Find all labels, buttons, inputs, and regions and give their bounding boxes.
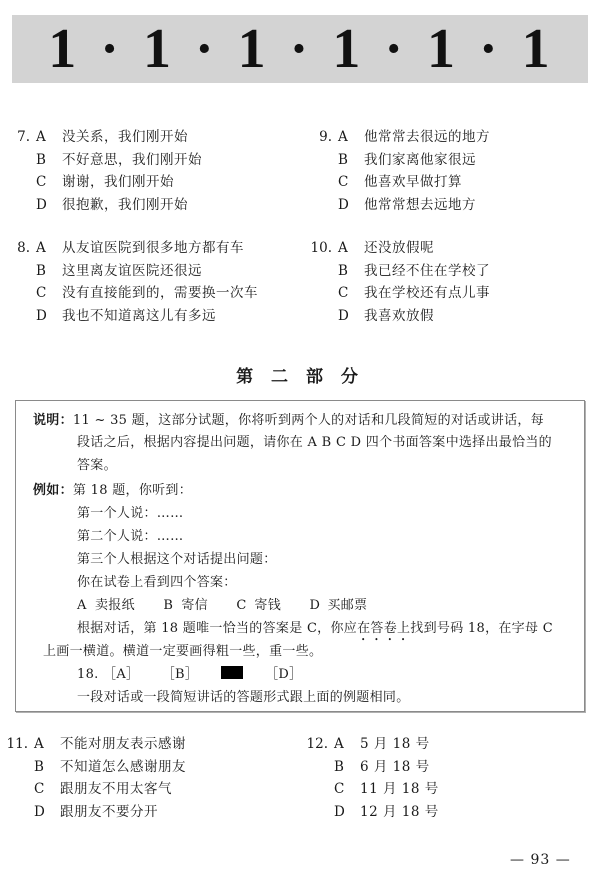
option-text: 5 月 18 号 bbox=[360, 733, 430, 756]
instructions-line-3: 答案。 bbox=[77, 455, 117, 477]
option-letter: C bbox=[236, 595, 254, 617]
question-number: 9. bbox=[310, 126, 338, 149]
example-line-5: 你在试卷上看到四个答案： bbox=[77, 572, 237, 594]
option-letter: D bbox=[338, 194, 364, 217]
option-letter: C bbox=[334, 778, 360, 801]
answer-number: 18. bbox=[77, 667, 99, 682]
question-number: 11. bbox=[6, 733, 34, 756]
page-number: — 93 — bbox=[510, 852, 571, 868]
option-text: 跟朋友不用太客气 bbox=[60, 778, 172, 801]
option-text: 还没放假呢 bbox=[364, 237, 434, 260]
option-text: 6 月 18 号 bbox=[360, 756, 430, 779]
example-note: 一段对话或一段简短讲话的答题形式跟上面的例题相同。 bbox=[77, 687, 410, 709]
option-text: 12 月 18 号 bbox=[360, 801, 439, 824]
option-letter: D bbox=[34, 801, 60, 824]
explanation-text: 找到号码 18，在字母 C bbox=[410, 621, 553, 636]
option-letter: C bbox=[338, 282, 364, 305]
option-letter: A bbox=[77, 595, 95, 617]
question-number: 7. bbox=[8, 126, 36, 149]
banner-text: 1 · 1 · 1 · 1 · 1 · 1 bbox=[48, 17, 551, 81]
option-letter: A bbox=[334, 733, 360, 756]
option-text: 我在学校还有点儿事 bbox=[364, 282, 490, 305]
option-text: 他喜欢早做打算 bbox=[364, 171, 462, 194]
option-letter: A bbox=[338, 126, 364, 149]
instructions-label: 说明： bbox=[33, 413, 73, 428]
option-letter: A bbox=[36, 126, 62, 149]
option-text: 他常常去很远的地方 bbox=[364, 126, 490, 149]
option-text: 11 月 18 号 bbox=[360, 778, 439, 801]
option-text: 不好意思，我们刚开始 bbox=[62, 149, 202, 172]
example-line-4: 第三个人根据这个对话提出问题： bbox=[77, 549, 277, 571]
option-text: 我喜欢放假 bbox=[364, 305, 434, 328]
option-letter: B bbox=[338, 149, 364, 172]
answer-bubble-a: ［A］ bbox=[103, 664, 139, 686]
instructions-line-2: 段话之后，根据内容提出问题，请你在 A B C D 四个书面答案中选择出最恰当的 bbox=[77, 432, 552, 454]
question-12: 12.A5 月 18 号 0.B6 月 18 号 0.C11 月 18 号 0.… bbox=[306, 733, 439, 823]
option-text: 很抱歉，我们刚开始 bbox=[62, 194, 188, 217]
option-letter: B bbox=[34, 756, 60, 779]
option-text: 卖报纸 bbox=[95, 598, 135, 613]
answer-bubble-c-filled bbox=[221, 666, 243, 679]
example-line-1: 第 18 题，你听到： bbox=[73, 483, 192, 498]
option-letter: B bbox=[334, 756, 360, 779]
example-line-3: 第二个人说：…… bbox=[77, 526, 183, 548]
option-text: 谢谢，我们刚开始 bbox=[62, 171, 174, 194]
option-letter: A bbox=[36, 237, 62, 260]
option-letter: D bbox=[309, 595, 327, 617]
example-options: A卖报纸 B寄信 C寄钱 D买邮票 bbox=[77, 595, 391, 617]
option-text: 他常常想去远地方 bbox=[364, 194, 476, 217]
option-letter: D bbox=[36, 194, 62, 217]
instructions-box: 说明：11 ~ 35 题，这部分试题，你将听到两个人的对话和几段简短的对话或讲话… bbox=[15, 400, 585, 712]
option-text: 买邮票 bbox=[327, 598, 367, 613]
example-label: 例如： bbox=[33, 483, 73, 498]
option-text: 不能对朋友表示感谢 bbox=[60, 733, 186, 756]
option-text: 我也不知道离这儿有多远 bbox=[62, 305, 216, 328]
option-letter: C bbox=[36, 282, 62, 305]
option-text: 我已经不住在学校了 bbox=[364, 260, 490, 283]
option-text: 寄信 bbox=[181, 598, 208, 613]
option-text: 这里离友谊医院还很远 bbox=[62, 260, 202, 283]
option-letter: C bbox=[338, 171, 364, 194]
option-letter: A bbox=[338, 237, 364, 260]
emphasized-text: 在答卷上 bbox=[357, 621, 410, 636]
option-letter: A bbox=[34, 733, 60, 756]
option-text: 寄钱 bbox=[254, 598, 281, 613]
option-letter: B bbox=[36, 260, 62, 283]
answer-sheet-sample: 18. ［A］ ［B］ ［D］ bbox=[77, 664, 320, 686]
option-text: 跟朋友不要分开 bbox=[60, 801, 158, 824]
example-line-2: 第一个人说：…… bbox=[77, 503, 183, 525]
option-letter: D bbox=[36, 305, 62, 328]
page-banner: 1 · 1 · 1 · 1 · 1 · 1 bbox=[12, 15, 588, 83]
option-text: 我们家离他家很远 bbox=[364, 149, 476, 172]
question-9: 9.A他常常去很远的地方 0.B我们家离他家很远 0.C他喜欢早做打算 0.D他… bbox=[310, 126, 490, 216]
option-text: 没关系，我们刚开始 bbox=[62, 126, 188, 149]
option-letter: D bbox=[338, 305, 364, 328]
answer-bubble-d: ［D］ bbox=[265, 664, 302, 686]
question-10: 10.A还没放假呢 0.B我已经不住在学校了 0.C我在学校还有点儿事 0.D我… bbox=[310, 237, 490, 327]
question-11: 11.A不能对朋友表示感谢 0.B不知道怎么感谢朋友 0.C跟朋友不用太客气 0… bbox=[6, 733, 186, 823]
explanation-text: 根据对话，第 18 题唯一恰当的答案是 C，你应 bbox=[77, 621, 357, 636]
instructions-line-1: 11 ~ 35 题，这部分试题，你将听到两个人的对话和几段简短的对话或讲话，每 bbox=[73, 413, 544, 428]
question-number: 8. bbox=[8, 237, 36, 260]
question-number: 12. bbox=[306, 733, 334, 756]
question-number: 10. bbox=[310, 237, 338, 260]
section-title: 第 二 部 分 bbox=[0, 362, 600, 387]
option-letter: D bbox=[334, 801, 360, 824]
question-7: 7.A没关系，我们刚开始 0.B不好意思，我们刚开始 0.C谢谢，我们刚开始 0… bbox=[8, 126, 202, 216]
option-text: 没有直接能到的，需要换一次车 bbox=[62, 282, 258, 305]
option-letter: C bbox=[34, 778, 60, 801]
option-letter: B bbox=[36, 149, 62, 172]
option-text: 从友谊医院到很多地方都有车 bbox=[62, 237, 244, 260]
question-8: 8.A从友谊医院到很多地方都有车 0.B这里离友谊医院还很远 0.C没有直接能到… bbox=[8, 237, 258, 327]
example-explanation-line-2: 上画一横道。横道一定要画得粗一些，重一些。 bbox=[43, 641, 322, 663]
answer-bubble-b: ［B］ bbox=[162, 664, 198, 686]
option-letter: B bbox=[338, 260, 364, 283]
option-text: 不知道怎么感谢朋友 bbox=[60, 756, 186, 779]
option-letter: C bbox=[36, 171, 62, 194]
option-letter: B bbox=[163, 595, 181, 617]
